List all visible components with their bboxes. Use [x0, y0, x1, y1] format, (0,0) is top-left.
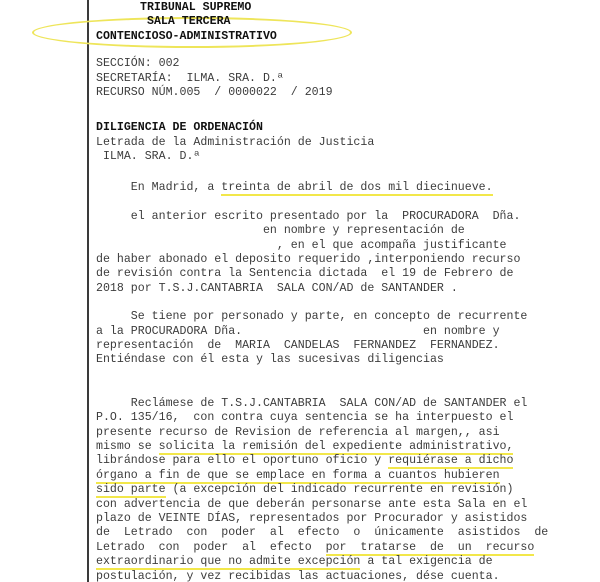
chamber-name: SALA TERCERA — [96, 15, 592, 29]
p3-line: librándose para ello el oportuno oficio … — [96, 454, 592, 468]
order-author-name: ILMA. SRA. D.ª — [96, 150, 592, 164]
highlight-sido-parte: sido parte — [96, 483, 166, 498]
paragraph-line: Entiéndase con él esta y las sucesivas d… — [96, 353, 592, 367]
court-name: TRIBUNAL SUPREMO — [96, 1, 592, 15]
p3-line: de Letrado con poder al efecto o únicame… — [96, 526, 592, 540]
p3-line: extraordinario que no admite excepción a… — [96, 555, 592, 569]
appeal-number: RECURSO NÚM.005 / 0000022 / 2019 — [96, 86, 592, 100]
p3-text: librándose para ello el oportuno oficio … — [96, 454, 388, 467]
p3-line: con advertencia de que deberán personars… — [96, 498, 592, 512]
jurisdiction-name: CONTENCIOSO-ADMINISTRATIVO — [96, 30, 592, 44]
p3-text: (a excepción del indicado recurrente en … — [166, 483, 514, 496]
p3-line: Letrado con poder al efecto por tratarse… — [96, 541, 592, 555]
highlight-extraordinario-2: extraordinario que no admite excepción — [96, 555, 360, 570]
paragraph-line: de haber abonado el deposito requerido ,… — [96, 253, 592, 267]
p3-line: P.O. 135/16, con contra cuya sentencia s… — [96, 411, 592, 425]
p3-line: postulación, y vez recibidas las actuaci… — [96, 570, 592, 582]
paragraph-line: 2018 por T.S.J.CANTABRIA SALA CON/AD de … — [96, 282, 592, 296]
p3-line: Reclámese de T.S.J.CANTABRIA SALA CON/AD… — [96, 397, 592, 411]
p3-line: órgano a fin de que se emplace en forma … — [96, 469, 592, 483]
p3-line: sido parte (a excepción del indicado rec… — [96, 483, 592, 497]
p3-line: mismo se solicita la remisión del expedi… — [96, 440, 592, 454]
paragraph-line: representación de MARIA CANDELAS FERNAND… — [96, 339, 592, 353]
paragraph-line: , en el que acompaña justificante — [96, 239, 592, 253]
paragraph-line: a la PROCURADORA Dña. en nombre y — [96, 325, 592, 339]
order-block: DILIGENCIA DE ORDENACIÓN Letrada de la A… — [96, 121, 592, 164]
highlight-requierase: requiérase a dicho — [388, 454, 513, 469]
paragraph-line: en nombre y representación de — [96, 224, 592, 238]
secretary: SECRETARÍA: ILMA. SRA. D.ª — [96, 72, 592, 86]
paragraph-line: el anterior escrito presentado por la PR… — [96, 210, 592, 224]
paragraph-line: de revisión contra la Sentencia dictada … — [96, 267, 592, 281]
highlight-remision: solicita la remisión del expediente admi… — [159, 440, 514, 455]
section-number: SECCIÓN: 002 — [96, 57, 592, 71]
highlight-emplace: órgano a fin de que se emplace en forma … — [96, 469, 500, 484]
highlight-extraordinario-1: por tratarse de un recurso — [326, 541, 535, 556]
p3-line: plazo de VEINTE DÍAS, representados por … — [96, 512, 592, 526]
document-page: TRIBUNAL SUPREMO SALA TERCERA CONTENCIOS… — [0, 0, 600, 582]
margin-rule — [87, 0, 89, 582]
paragraph-request: Reclámese de T.S.J.CANTABRIA SALA CON/AD… — [96, 397, 592, 582]
date-prefix: En Madrid, a — [96, 181, 221, 194]
date-paragraph: En Madrid, a treinta de abril de dos mil… — [96, 181, 592, 195]
order-author: Letrada de la Administración de Justicia — [96, 136, 592, 150]
p3-text: a tal exigencia de — [360, 555, 492, 568]
date-highlight: treinta de abril de dos mil diecinueve. — [221, 181, 492, 196]
document-body: TRIBUNAL SUPREMO SALA TERCERA CONTENCIOS… — [96, 0, 592, 582]
p3-text: mismo se — [96, 440, 159, 453]
case-metadata: SECCIÓN: 002 SECRETARÍA: ILMA. SRA. D.ª … — [96, 57, 592, 100]
court-header: TRIBUNAL SUPREMO SALA TERCERA CONTENCIOS… — [96, 1, 592, 44]
paragraph-appearance: Se tiene por personado y parte, en conce… — [96, 310, 592, 368]
p3-text: Letrado con poder al efecto — [96, 541, 326, 554]
order-title: DILIGENCIA DE ORDENACIÓN — [96, 121, 592, 135]
p3-line: presente recurso de Revision de referenc… — [96, 426, 592, 440]
paragraph-line: Se tiene por personado y parte, en conce… — [96, 310, 592, 324]
paragraph-filing: el anterior escrito presentado por la PR… — [96, 210, 592, 296]
